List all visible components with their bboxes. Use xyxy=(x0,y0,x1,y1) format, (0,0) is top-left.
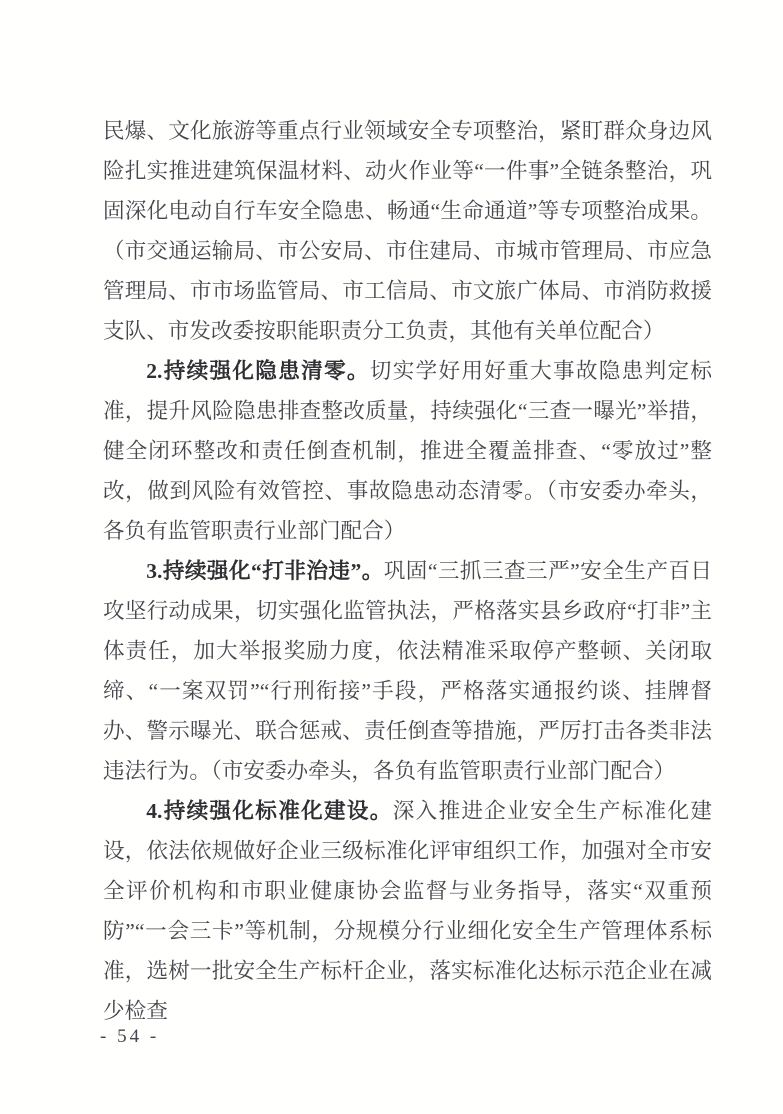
paragraph: 4.持续强化标准化建设。深入推进企业安全生产标准化建设，依法依规做好企业三级标准… xyxy=(103,791,712,1031)
paragraph-lead: 3.持续强化“打非治违”。 xyxy=(146,559,384,583)
paragraph: 3.持续强化“打非治违”。巩固“三抓三查三严”安全生产百日攻坚行动成果，切实强化… xyxy=(103,551,712,791)
document-page: 民爆、文化旅游等重点行业领域安全专项整治，紧盯群众身边风险扎实推进建筑保温材料、… xyxy=(0,0,783,1114)
paragraph-lead: 4.持续强化标准化建设。 xyxy=(146,799,393,823)
document-body: 民爆、文化旅游等重点行业领域安全专项整治，紧盯群众身边风险扎实推进建筑保温材料、… xyxy=(103,111,712,1031)
paragraph-lead: 2.持续强化隐患清零。 xyxy=(146,359,370,383)
paragraph-text: 巩固“三抓三查三严”安全生产百日攻坚行动成果，切实强化监管执法，严格落实县乡政府… xyxy=(103,559,712,783)
paragraph-text: 深入推进企业安全生产标准化建设，依法依规做好企业三级标准化评审组织工作，加强对全… xyxy=(103,799,712,1023)
paragraph-text: 民爆、文化旅游等重点行业领域安全专项整治，紧盯群众身边风险扎实推进建筑保温材料、… xyxy=(103,119,712,343)
paragraph: 民爆、文化旅游等重点行业领域安全专项整治，紧盯群众身边风险扎实推进建筑保温材料、… xyxy=(103,111,712,351)
paragraph-text: 切实学好用好重大事故隐患判定标准，提升风险隐患排查整改质量，持续强化“三查一曝光… xyxy=(103,359,712,543)
page-number: - 54 - xyxy=(100,1026,159,1048)
paragraph: 2.持续强化隐患清零。切实学好用好重大事故隐患判定标准，提升风险隐患排查整改质量… xyxy=(103,351,712,551)
